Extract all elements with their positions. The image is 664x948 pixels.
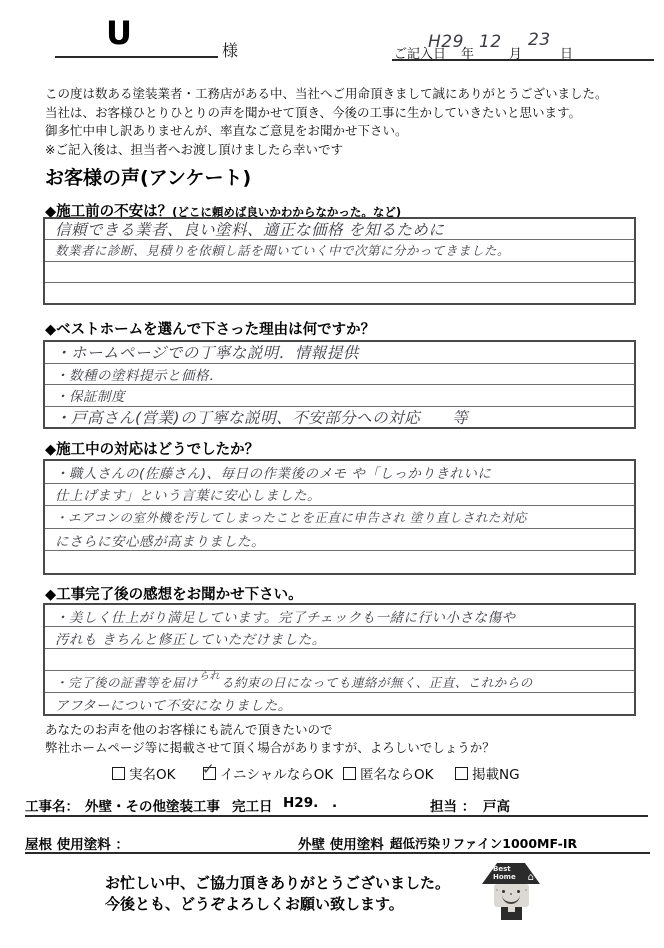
- handwritten-answer: にさらに安心感が高まりました。: [45, 529, 634, 552]
- mascot-smile: [502, 893, 520, 904]
- handwritten-answer: ・保証制度: [45, 385, 634, 407]
- answer-box-2: ・ホームページでの丁寧な説明．情報提供 ・数種の塗料提示と価格． ・保証制度 ・…: [43, 340, 636, 429]
- mascot-blush: [525, 889, 527, 891]
- handwritten-answer: ・戸高さん(営業)の丁寧な説明、不安部分への対応 等: [45, 407, 634, 428]
- page-title: お客様の声(アンケート): [45, 163, 251, 190]
- consent-line: 弊社ホームページ等に掲載させて頂く場合がありますが、よろしいでしょうか？: [45, 739, 635, 757]
- survey-document: U 様 ご記入日 H29 年 12 月 23 日 この度は数ある塗装業者・工務店…: [0, 0, 664, 948]
- closing-message: お忙しい中、ご協力頂きありがとうございました。 今後とも、どうぞよろしくお願い致…: [105, 873, 450, 915]
- option-initials: ✓ イニシャルならOK: [203, 763, 333, 783]
- checkbox-label: 実名OK: [129, 763, 175, 783]
- question-2-heading: ◆ベストホームを選んで下さった理由は何ですか？: [45, 318, 375, 339]
- completion-date-label: 完工日: [232, 795, 273, 815]
- mascot-collar: [508, 907, 515, 912]
- handwritten-answer: 数業者に診断、見積りを依頼し話を聞いていく中で次第に分かってきました。: [45, 240, 634, 261]
- intro-line: ※ご記入後は、担当者へお渡し頂けましたら幸いです: [45, 141, 645, 160]
- name-underline: [55, 56, 218, 58]
- answer-box-4: ・美しく仕上がり満足しています。完了チェックも一緒に行い小さな傷や 汚れも きち…: [43, 603, 636, 716]
- staff-label: 担当 ：: [430, 795, 475, 815]
- intro-line: 御多忙中申し訳ありませんが、率直なご意見をお聞かせ下さい。: [45, 122, 645, 141]
- mascot-blush: [496, 889, 498, 891]
- roof-paint-label: 屋根 使用塗料 ：: [25, 833, 129, 853]
- answer-box-3: ・職人さんの(佐藤さん)、毎日の作業後のメモ や「しっかりきれいに 仕上げます」…: [43, 459, 636, 575]
- mascot-body: [501, 907, 522, 920]
- intro-line: 当社は、お客様ひとりひとりの声を聞かせて頂き、今後の工事に生かしていきたいと思い…: [45, 104, 645, 123]
- mascot-face: [494, 884, 529, 907]
- inserted-correction: られ: [199, 671, 220, 682]
- date-month-handwritten: 12: [479, 32, 502, 52]
- checkbox-label: 匿名ならOK: [360, 763, 433, 783]
- empty-answer-line: [45, 262, 634, 283]
- intro-line: この度は数ある塗装業者・工務店がある中、当社へご用命頂きまして誠にありがとうござ…: [45, 85, 645, 104]
- date-year-handwritten: H29: [428, 32, 464, 52]
- completion-date-value: H29.: [283, 795, 318, 811]
- handwritten-answer: ・完了後の証書等を届けられる約束の日になっても連絡が無く、正直、これからの: [45, 671, 634, 693]
- closing-line: 今後とも、どうぞよろしくお願い致します。: [105, 894, 450, 915]
- check-mark: ✓: [202, 760, 215, 778]
- intro-paragraph: この度は数ある塗装業者・工務店がある中、当社へご用命頂きまして誠にありがとうござ…: [45, 85, 645, 159]
- best-home-logo: Best Home ⌂: [482, 863, 544, 945]
- handwritten-answer: アフターについて不安になりました。: [45, 693, 634, 714]
- option-anonymous: 匿名ならOK: [343, 763, 433, 783]
- handwritten-answer: 仕上げます」という言葉に安心しました。: [45, 484, 634, 507]
- customer-initial: U: [106, 14, 132, 52]
- wall-paint-label: 外壁 使用塗料 ：: [298, 833, 402, 853]
- closing-line: お忙しい中、ご協力頂きありがとうございました。: [105, 873, 450, 894]
- mascot-hat: Best Home ⌂: [482, 863, 540, 884]
- option-no-publication: 掲載NG: [455, 763, 520, 783]
- name-honorific: 様: [222, 38, 238, 61]
- question-3-heading: ◆施工中の対応はどうでしたか？: [45, 438, 259, 459]
- house-icon: ⌂: [528, 872, 534, 883]
- empty-answer-line: [45, 283, 634, 303]
- checkbox-no-publication[interactable]: [455, 767, 468, 780]
- date-day-handwritten: 23: [528, 30, 551, 50]
- handwritten-answer: ・美しく仕上がり満足しています。完了チェックも一緒に行い小さな傷や: [45, 605, 634, 627]
- handwritten-answer: ・職人さんの(佐藤さん)、毎日の作業後のメモ や「しっかりきれいに: [45, 461, 634, 484]
- checkbox-initials[interactable]: ✓: [203, 767, 216, 780]
- checkbox-label: 掲載NG: [472, 763, 520, 783]
- publication-options: 実名OK ✓ イニシャルならOK 匿名ならOK 掲載NG: [0, 763, 664, 783]
- answer-box-1: 信頼できる業者、良い塗料、適正な価格 を知るために 数業者に診断、見積りを依頼し…: [43, 217, 636, 305]
- empty-answer-line: [45, 649, 634, 671]
- logo-text: Best Home: [493, 866, 516, 881]
- consent-paragraph: あなたのお声を他のお客様にも読んで頂きたいので 弊社ホームページ等に掲載させて頂…: [45, 721, 635, 756]
- date-underline: [392, 59, 654, 61]
- paint-row-underline: [25, 852, 650, 854]
- handwritten-answer: 汚れも きちんと修正していただけました。: [45, 627, 634, 649]
- staff-value: 戸高: [483, 795, 510, 815]
- checkbox-label: イニシャルならOK: [220, 763, 333, 783]
- work-row-underline: [25, 815, 648, 817]
- handwritten-answer: 信頼できる業者、良い塗料、適正な価格 を知るために: [45, 219, 634, 240]
- checkbox-anonymous[interactable]: [343, 767, 356, 780]
- handwritten-answer: ・ホームページでの丁寧な説明．情報提供: [45, 342, 634, 364]
- handwritten-answer: ・エアコンの室外機を汚してしまったことを正直に申告され 塗り直しされた対応: [45, 506, 634, 529]
- work-name-label: 工事名：: [25, 795, 79, 815]
- wall-paint-value: 超低汚染リファイン1000MF-IR: [390, 834, 577, 852]
- checkbox-real-name[interactable]: [112, 767, 125, 780]
- empty-answer-line: [45, 551, 634, 573]
- option-real-name: 実名OK: [112, 763, 175, 783]
- consent-line: あなたのお声を他のお客様にも読んで頂きたいので: [45, 721, 635, 739]
- handwritten-answer: ・数種の塗料提示と価格．: [45, 364, 634, 386]
- work-name-value: 外壁・その他塗装工事: [85, 795, 220, 815]
- completion-date-dot: .: [332, 795, 337, 811]
- question-4-heading: ◆工事完了後の感想をお聞かせ下さい。: [45, 583, 303, 604]
